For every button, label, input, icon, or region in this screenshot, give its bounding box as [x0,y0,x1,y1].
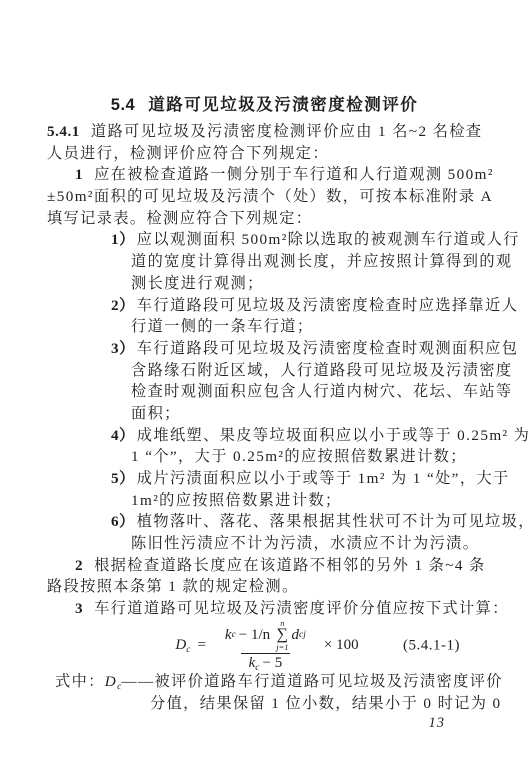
line-text: 陈旧性污渍应不计为污渍，水渍应不计为污渍。 [131,535,479,552]
page-number: 13 [429,715,446,732]
fraction-denominator: kc− 5 [241,653,291,673]
equals-sign: = [197,637,205,654]
text-line: 2根据检查道路长度应在该道路不相邻的另外 1 条~4 条 [47,555,487,577]
subscript: c [186,645,190,655]
numerator-term: − 1/n [239,627,270,644]
equation-number: (5.4.1-1) [403,637,460,654]
clause-number: 1 [75,166,83,183]
line-text: 应在被检查道路一侧分别于车行道和人行道观测 500m² [94,166,494,183]
where-clause-line: 式中：Dc——被评价道路车行道道路可见垃圾及污渍密度评价 [47,671,487,693]
section-number: 5.4 [111,96,135,114]
variable-Dc: D [105,673,117,690]
document-body: 5.4.1道路可见垃圾及污渍密度检测评价应由 1 名~2 名检查 人员进行，检测… [47,121,487,714]
clause-number: 2 [75,557,83,574]
list-item-line: 检查时观测面积应包含人行道内树穴、花坛、车站等 [47,381,487,403]
list-item-line: 1）应以观测面积 500m²除以选取的被观测车行道或人行 [47,229,487,251]
line-text: 车行道路段可见垃圾及污渍密度检查时观测面积应包 [137,340,519,357]
list-item-line: 测长度进行观测； [47,273,487,295]
line-text: 人员进行，检测评价应符合下列规定： [47,145,329,162]
list-number: 2） [111,297,135,314]
line-text: 应以观测面积 500m²除以选取的被观测车行道或人行 [137,231,520,248]
times-100: × 100 [324,637,359,654]
line-text: 含路缘石附近区域，人行道路段可见垃圾及污渍密度 [131,362,513,379]
text-line: 路段按照本条第 1 款的规定检测。 [47,576,487,598]
list-number: 5） [111,470,135,487]
line-text: 车行道道路可见垃圾及污渍密度评价分值应按下式计算： [94,600,509,617]
line-text: 车行道路段可见垃圾及污渍密度检查时应选择靠近人 [137,297,519,314]
line-text: 路段按照本条第 1 款的规定检测。 [47,578,299,595]
line-text: 面积； [131,405,181,422]
text-line: 人员进行，检测评价应符合下列规定： [47,143,487,165]
subscript: c [232,630,236,640]
variable-Dc: D [175,637,186,653]
subscript: cj [299,630,306,640]
fraction-numerator: kc − 1/n n ∑ j=1 dcj [217,619,314,653]
list-item-line: 2）车行道路段可见垃圾及污渍密度检查时应选择靠近人 [47,295,487,317]
variable-dcj: d [292,627,300,644]
summation: n ∑ j=1 [276,619,288,652]
sigma-icon: ∑ [277,627,288,643]
where-label: 式中： [55,673,105,690]
list-item-line: 6）植物落叶、落花、落果根据其性状可不计为可见垃圾， [47,511,487,533]
list-item-line: 行道一侧的一条车行道； [47,316,487,338]
subscript: c [255,663,259,673]
list-number: 4） [111,427,135,444]
where-clause-line: 分值，结果保留 1 位小数，结果小于 0 时记为 0 [47,693,487,715]
text-line: 1应在被检查道路一侧分别于车行道和人行道观测 500m² [47,164,487,186]
line-text: 行道一侧的一条车行道； [131,318,313,335]
dash: —— [121,673,154,690]
line-text: 填写记录表。检测应符合下列规定： [47,210,312,227]
fraction: kc − 1/n n ∑ j=1 dcj kc− 5 [217,619,314,673]
line-text: 成堆纸塑、果皮等垃圾面积应以小于或等于 0.25m² 为 [137,427,529,444]
denominator-term: − 5 [262,655,282,671]
variable-kc: k [225,627,232,644]
line-text: 检查时观测面积应包含人行道内树穴、花坛、车站等 [131,383,513,400]
line-text: 1m²的应按照倍数累进计数； [131,492,342,509]
list-item-line: 1 “个”，大于 0.25m²的应按照倍数累进计数； [47,446,487,468]
line-text: 道路可见垃圾及污渍密度检测评价应由 1 名~2 名检查 [91,123,483,140]
section-heading: 5.4道路可见垃圾及污渍密度检测评价 [0,91,529,115]
list-number: 1） [111,231,135,248]
line-text: 根据检查道路长度应在该道路不相邻的另外 1 条~4 条 [94,557,486,574]
list-item-line: 道的宽度计算得出观测长度，并应按照计算得到的观 [47,251,487,273]
line-text: ±50m²面积的可见垃圾及污渍个（处）数，可按本标准附录 A [47,188,493,205]
line-text: 分值，结果保留 1 位小数，结果小于 0 时记为 0 [150,695,502,712]
section-title: 道路可见垃圾及污渍密度检测评价 [148,96,418,114]
list-item-line: 1m²的应按照倍数累进计数； [47,490,487,512]
text-line: 3车行道道路可见垃圾及污渍密度评价分值应按下式计算： [47,598,487,620]
line-text: 1 “个”，大于 0.25m²的应按照倍数累进计数； [131,448,467,465]
line-text: 道的宽度计算得出观测长度，并应按照计算得到的观 [131,253,513,270]
line-text: 测长度进行观测； [131,275,264,292]
list-item-line: 陈旧性污渍应不计为污渍，水渍应不计为污渍。 [47,533,487,555]
list-item-line: 5）成片污渍面积应以小于或等于 1m² 为 1 “处”，大于 [47,468,487,490]
clause-number: 3 [75,600,83,617]
text-line: ±50m²面积的可见垃圾及污渍个（处）数，可按本标准附录 A [47,186,487,208]
formula-lhs: Dc [175,637,190,655]
line-text: 成片污渍面积应以小于或等于 1m² 为 1 “处”，大于 [137,470,510,487]
text-line: 填写记录表。检测应符合下列规定： [47,208,487,230]
list-item-line: 4）成堆纸塑、果皮等垃圾面积应以小于或等于 0.25m² 为 [47,425,487,447]
list-item-line: 含路缘石附近区域，人行道路段可见垃圾及污渍密度 [47,360,487,382]
line-text: 被评价道路车行道道路可见垃圾及污渍密度评价 [155,673,503,690]
list-item-line: 面积； [47,403,487,425]
formula: Dc = kc − 1/n n ∑ j=1 dcj kc− 5 × 100 [47,621,487,671]
list-item-line: 3）车行道路段可见垃圾及污渍密度检查时观测面积应包 [47,338,487,360]
text-line: 5.4.1道路可见垃圾及污渍密度检测评价应由 1 名~2 名检查 [47,121,487,143]
list-number: 6） [111,513,135,530]
line-text: 植物落叶、落花、落果根据其性状可不计为可见垃圾， [137,513,529,530]
document-page: 5.4道路可见垃圾及污渍密度检测评价 5.4.1道路可见垃圾及污渍密度检测评价应… [0,0,529,767]
summation-lower-limit: j=1 [276,643,288,652]
clause-number: 5.4.1 [47,123,80,140]
list-number: 3） [111,340,135,357]
